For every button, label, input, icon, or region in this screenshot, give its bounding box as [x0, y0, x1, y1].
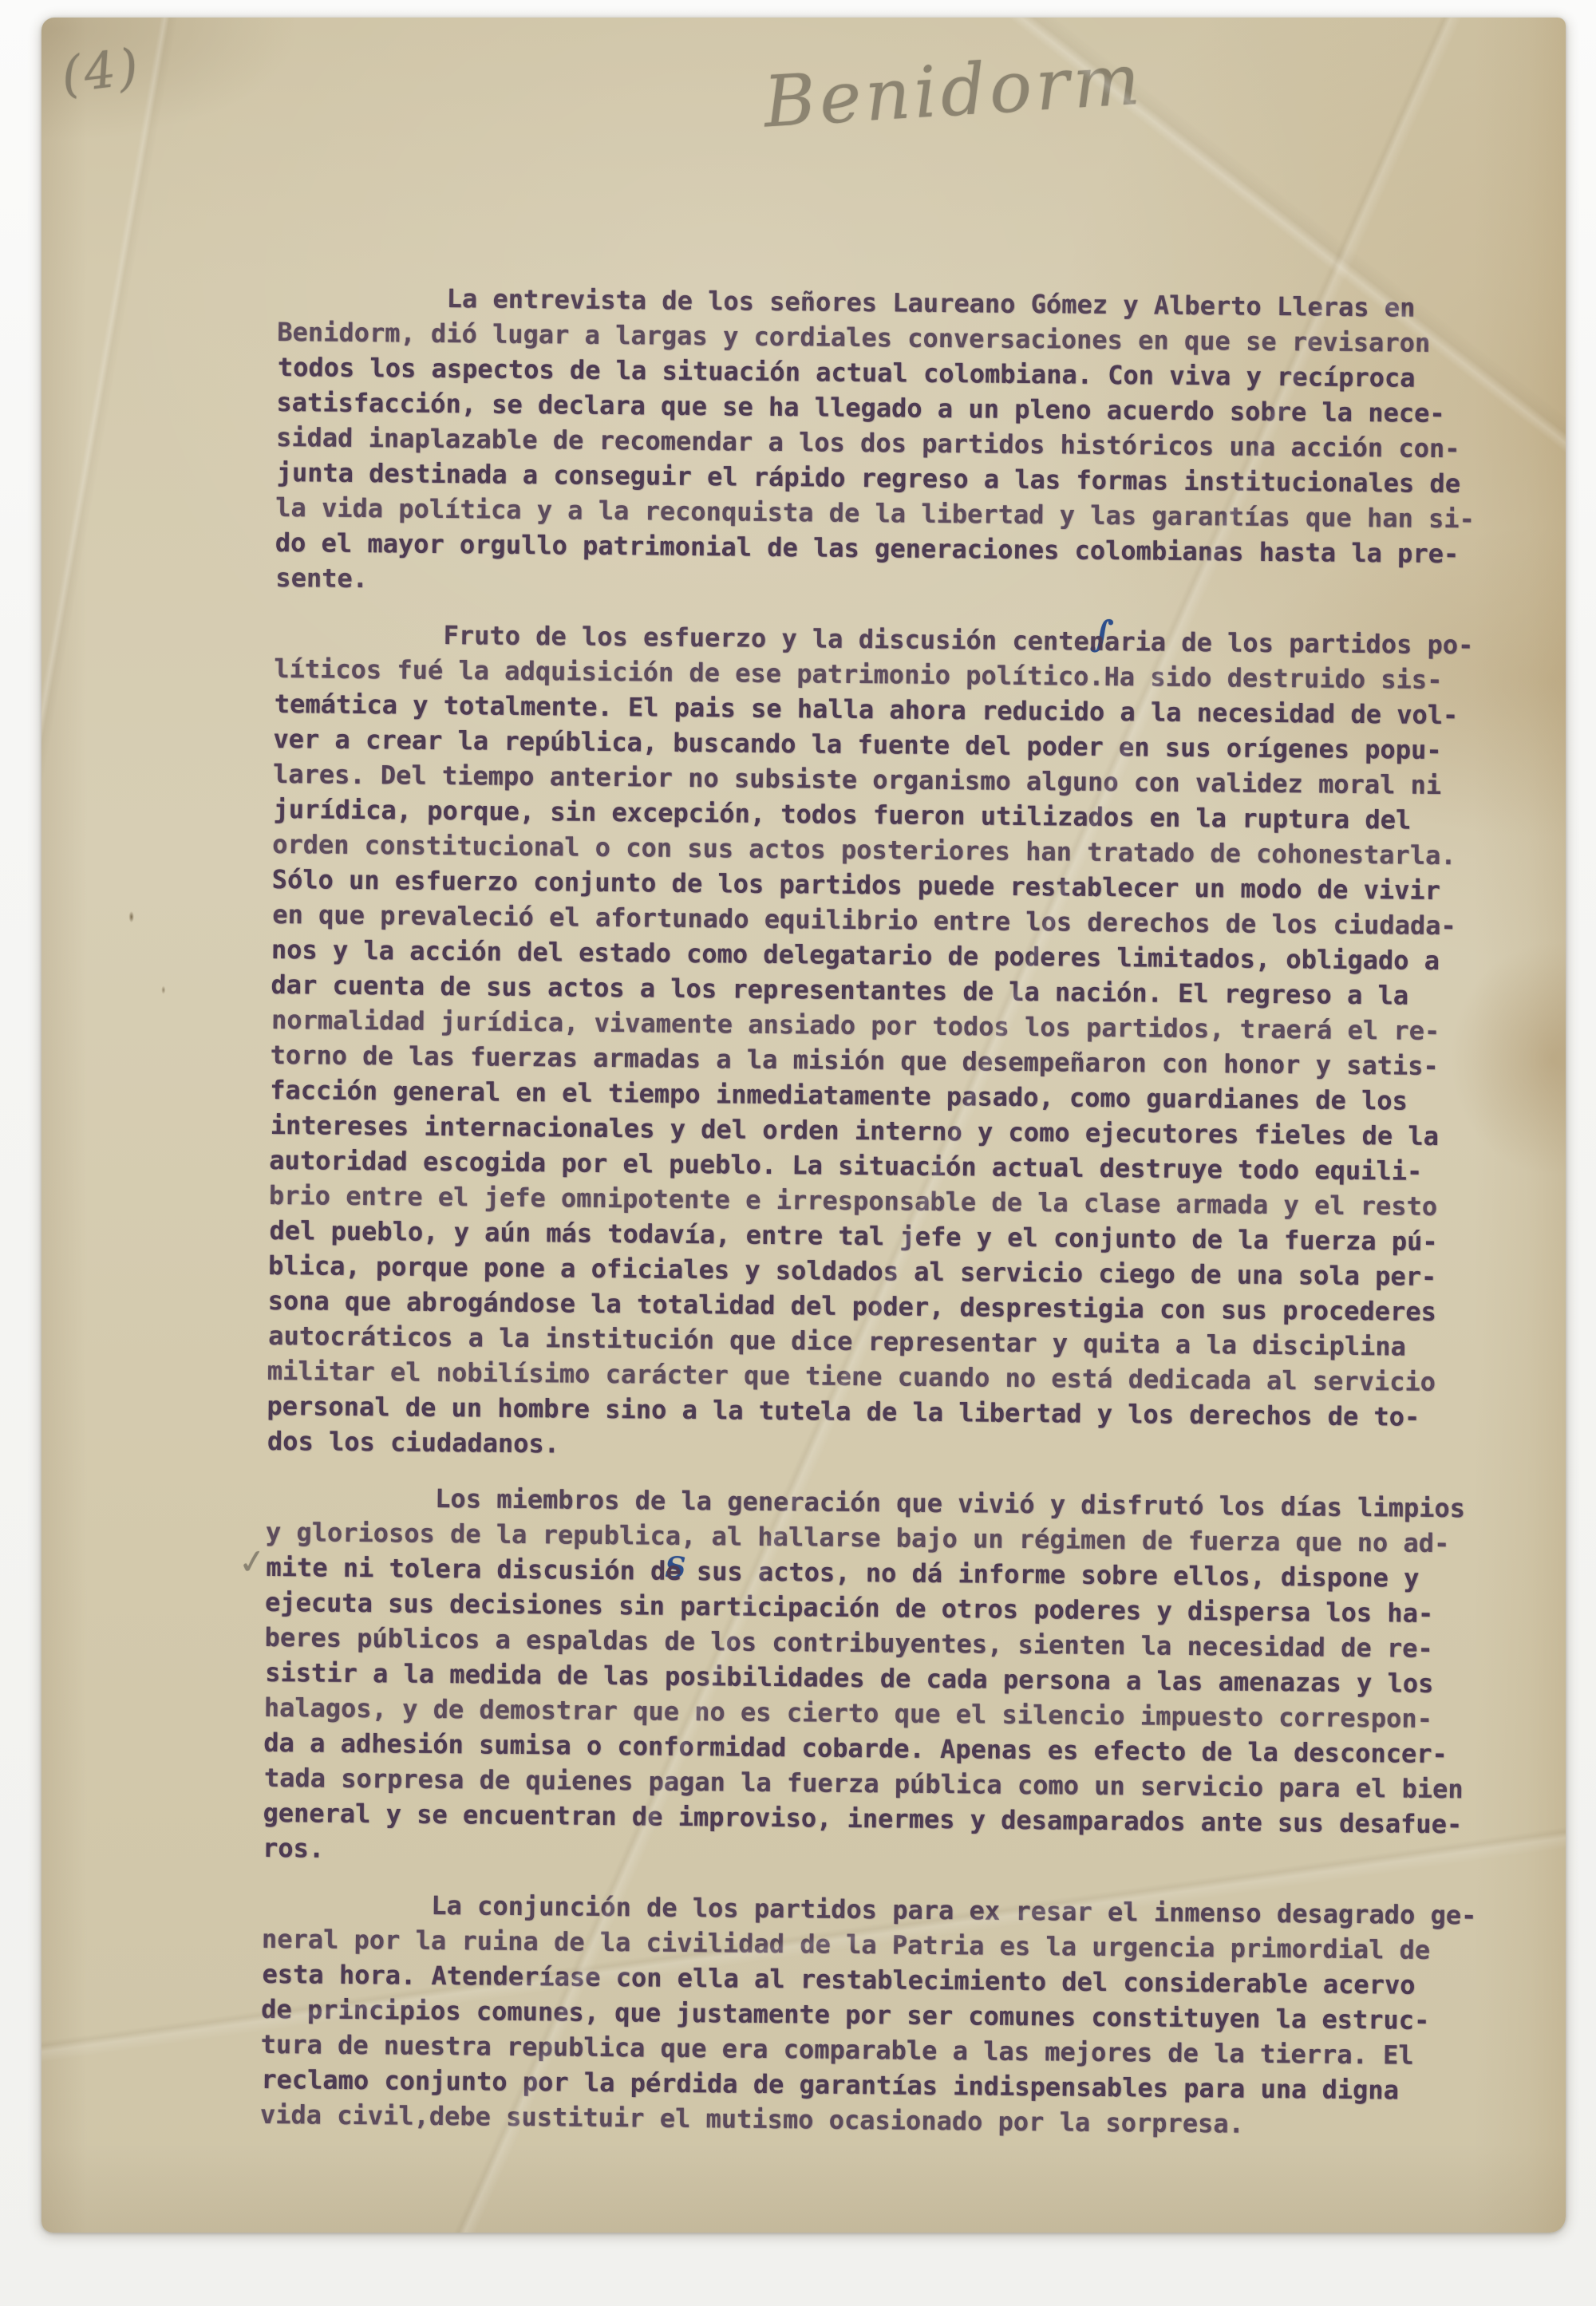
- pencil-page-number: (4): [58, 37, 144, 105]
- document-page: (4) Benidorm ∫ S ✓ La entrevista de los …: [41, 18, 1566, 2233]
- typed-text: ∫ S ✓ La entrevista de los señores Laure…: [259, 279, 1522, 2165]
- paragraph: La conjunción de los partidos para ex re…: [260, 1886, 1507, 2144]
- handwritten-title: Benidorm: [761, 38, 1146, 144]
- paragraph: Los miembros de la generación que vivió …: [263, 1479, 1511, 1878]
- paragraph: Fruto de los esfuerzo y la discusión cen…: [267, 616, 1519, 1471]
- pencil-checkmark: ✓: [236, 1543, 269, 1581]
- paragraph: La entrevista de los señores Laureano Gó…: [275, 279, 1523, 607]
